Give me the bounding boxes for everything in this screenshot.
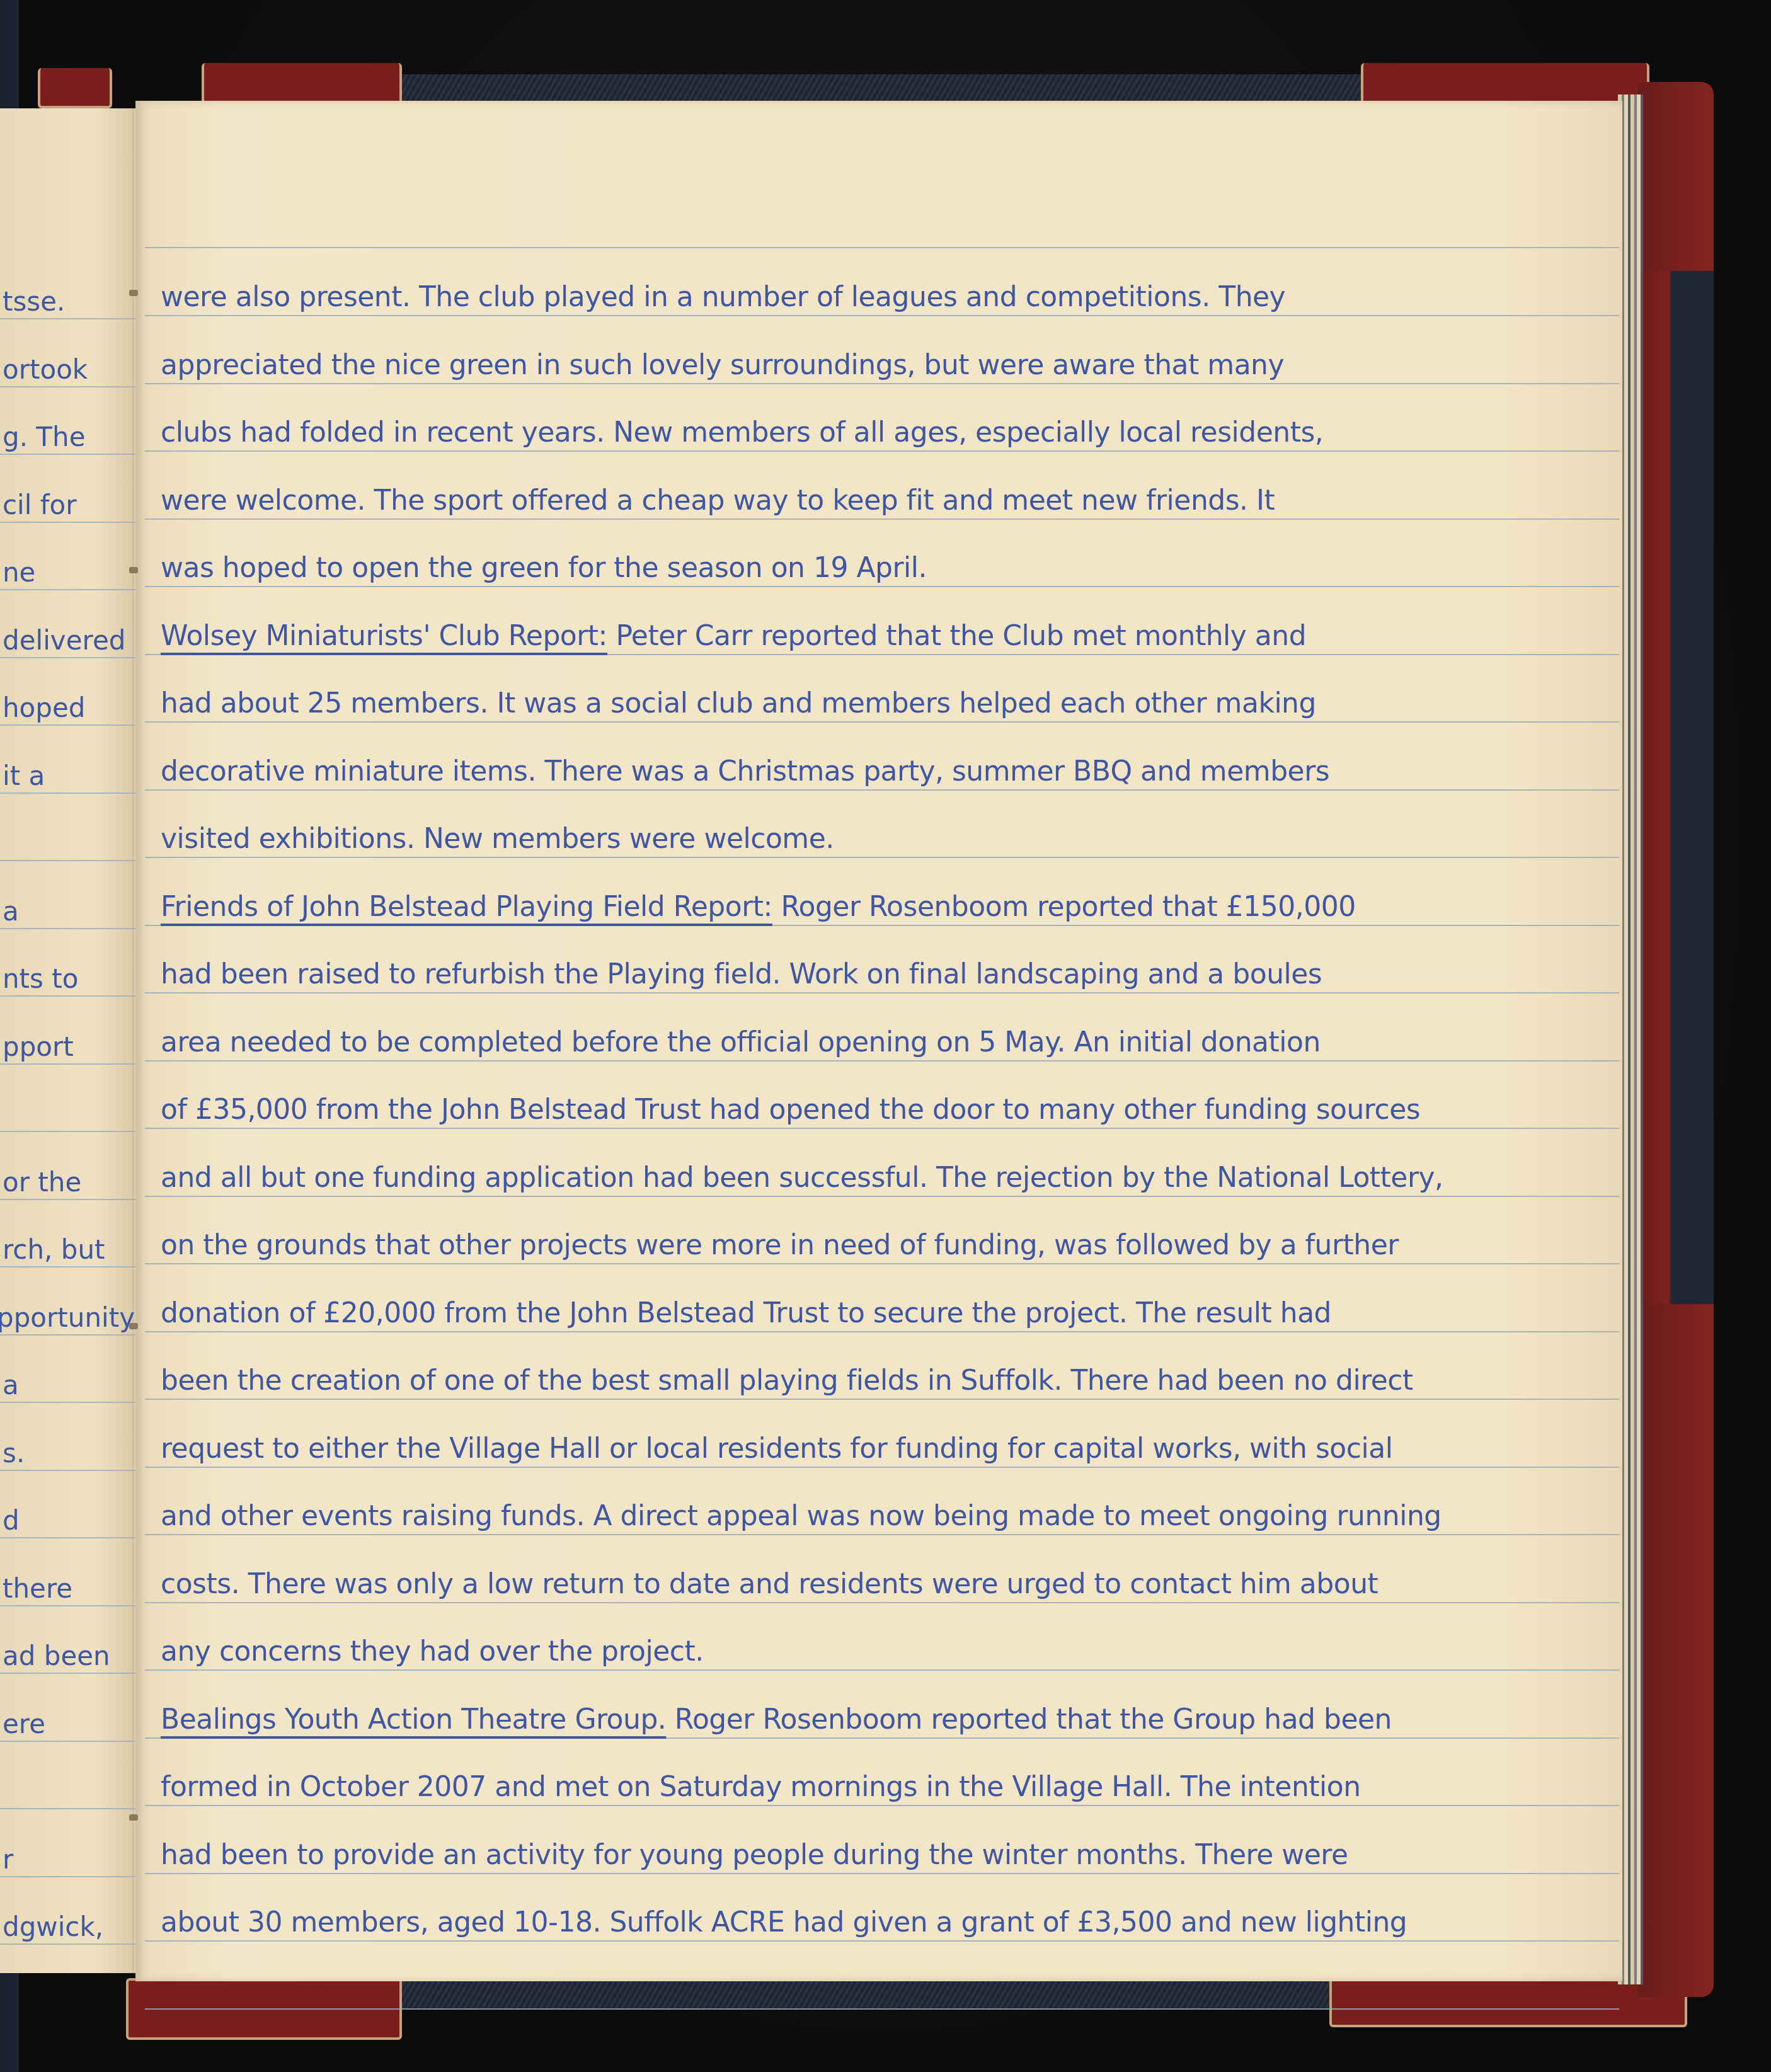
line-text: area needed to be completed before the o… (161, 1026, 1321, 1058)
fragment-text: ne (3, 557, 35, 588)
text-line: Friends of John Belstead Playing Field R… (161, 887, 1610, 927)
left-page-fragment: a (0, 893, 135, 930)
left-page-fragment: ortook (0, 351, 135, 389)
left-page-fragment: there (0, 1570, 135, 1608)
line-text: had about 25 members. It was a social cl… (161, 687, 1316, 719)
line-text: of £35,000 from the John Belstead Trust … (161, 1094, 1420, 1126)
fragment-text: r (3, 1844, 13, 1875)
section-heading: Bealings Youth Action Theatre Group. (161, 1703, 666, 1736)
left-page-fragment: delivered (0, 622, 135, 660)
fragment-text: tsse. (3, 286, 65, 317)
fragment-text: nts to (3, 963, 78, 994)
text-line: had been to provide an activity for youn… (161, 1835, 1610, 1875)
fragment-text: ortook (3, 354, 88, 385)
text-line: appreciated the nice green in such lovel… (161, 345, 1610, 386)
text-line: decorative miniature items. There was a … (161, 752, 1610, 792)
fragment-text: cil for (3, 489, 77, 520)
left-page-fragment: dgwick, (0, 1908, 135, 1946)
left-page-fragment (0, 1773, 135, 1811)
left-page-fragment: rch, but (0, 1231, 135, 1269)
fragment-text: ere (3, 1709, 45, 1739)
text-line: Bealings Youth Action Theatre Group. Rog… (161, 1700, 1610, 1740)
text-line: was hoped to open the green for the seas… (161, 548, 1610, 588)
left-page-fragment (0, 825, 135, 862)
line-text: formed in October 2007 and met on Saturd… (161, 1771, 1361, 1803)
spine-top (397, 74, 1361, 105)
line-text: had been raised to refurbish the Playing… (161, 958, 1322, 990)
text-line: had been raised to refurbish the Playing… (161, 954, 1610, 995)
line-text: request to either the Village Hall or lo… (161, 1433, 1392, 1465)
fragment-text: there (3, 1573, 72, 1604)
left-page-fragment: cil for (0, 486, 135, 524)
left-page-fragment: a (0, 1366, 135, 1404)
worn-corner-top-left (38, 68, 112, 108)
staple-icon (129, 290, 138, 296)
text-line: been the creation of one of the best sma… (161, 1361, 1610, 1401)
fragment-text: s. (3, 1438, 25, 1468)
line-text: about 30 members, aged 10-18. Suffolk AC… (161, 1906, 1407, 1938)
line-text: and all but one funding application had … (161, 1162, 1443, 1194)
section-heading: Friends of John Belstead Playing Field R… (161, 891, 772, 923)
left-page-fragment: ad been (0, 1637, 135, 1675)
line-text: been the creation of one of the best sma… (161, 1365, 1413, 1397)
fragment-text: d (3, 1505, 20, 1536)
text-line: were also present. The club played in a … (161, 277, 1610, 318)
line-text: were also present. The club played in a … (161, 281, 1285, 313)
text-line: visited exhibitions. New members were we… (161, 819, 1610, 859)
line-text: and other events raising funds. A direct… (161, 1500, 1441, 1532)
line-text: had been to provide an activity for youn… (161, 1839, 1348, 1871)
left-page-fragment: nts to (0, 960, 135, 998)
line-text: decorative miniature items. There was a … (161, 755, 1329, 787)
left-page-fragment: s. (0, 1434, 135, 1472)
fragment-text: pportunity (0, 1302, 135, 1333)
right-cover (1638, 82, 1714, 1997)
line-text: was hoped to open the green for the seas… (161, 552, 927, 584)
spine-bottom (397, 1977, 1361, 2008)
line-text: on the grounds that other projects were … (161, 1229, 1399, 1261)
line-text: donation of £20,000 from the John Belste… (161, 1297, 1331, 1329)
left-page-fragment: tsse. (0, 283, 135, 321)
left-page-fragment: ne (0, 554, 135, 592)
section-heading: Wolsey Miniaturists' Club Report: (161, 620, 607, 652)
fragment-text: g. The (3, 421, 85, 452)
text-line: had about 25 members. It was a social cl… (161, 684, 1610, 724)
line-text: costs. There was only a low return to da… (161, 1568, 1378, 1600)
text-line: about 30 members, aged 10-18. Suffolk AC… (161, 1903, 1610, 1943)
left-page-fragment: pportunity (0, 1299, 135, 1337)
fragment-text: or the (3, 1167, 81, 1198)
fragment-text: delivered (3, 625, 125, 656)
text-line: area needed to be completed before the o… (161, 1022, 1610, 1063)
left-page-fragment: pport (0, 1028, 135, 1066)
line-text: Peter Carr reported that the Club met mo… (607, 620, 1306, 652)
fragment-text: ad been (3, 1640, 110, 1671)
fragment-text: it a (3, 760, 45, 791)
line-text: Roger Rosenboom reported that £150,000 (772, 891, 1356, 923)
text-line: and all but one funding application had … (161, 1158, 1610, 1198)
fragment-text: hoped (3, 692, 85, 723)
staple-icon (129, 567, 138, 573)
text-line: Wolsey Miniaturists' Club Report: Peter … (161, 616, 1610, 656)
text-line: any concerns they had over the project. (161, 1632, 1610, 1672)
cover-red-lower (1638, 1304, 1714, 1997)
line-text: visited exhibitions. New members were we… (161, 823, 834, 855)
left-page-fragment: d (0, 1502, 135, 1540)
text-line: formed in October 2007 and met on Saturd… (161, 1767, 1610, 1807)
text-line: on the grounds that other projects were … (161, 1225, 1610, 1266)
line-text: appreciated the nice green in such lovel… (161, 349, 1284, 381)
cover-red-upper (1638, 82, 1714, 271)
fragment-text: a (3, 896, 19, 927)
ruled-line (145, 2008, 1619, 2010)
staple-icon (129, 1323, 138, 1329)
text-line: clubs had folded in recent years. New me… (161, 413, 1610, 453)
text-line: of £35,000 from the John Belstead Trust … (161, 1090, 1610, 1130)
line-text: any concerns they had over the project. (161, 1635, 704, 1668)
left-page-fragment: g. The (0, 418, 135, 456)
text-line: and other events raising funds. A direct… (161, 1496, 1610, 1537)
left-page-fragment (0, 1096, 135, 1133)
text-line: costs. There was only a low return to da… (161, 1564, 1610, 1605)
line-text: were welcome. The sport offered a cheap … (161, 484, 1275, 517)
text-line: donation of £20,000 from the John Belste… (161, 1293, 1610, 1334)
ruled-line (145, 247, 1619, 248)
fragment-text: pport (3, 1031, 74, 1062)
fragment-text: rch, but (3, 1234, 105, 1265)
left-page-fragment: r (0, 1841, 135, 1879)
line-text: Roger Rosenboom reported that the Group … (666, 1703, 1392, 1736)
left-page-fragment: it a (0, 757, 135, 795)
text-line: request to either the Village Hall or lo… (161, 1429, 1610, 1469)
left-page-fragment: or the (0, 1164, 135, 1201)
line-text: clubs had folded in recent years. New me… (161, 416, 1323, 449)
left-page-fragment: ere (0, 1705, 135, 1743)
left-page-fragment: hoped (0, 689, 135, 727)
fragment-text: dgwick, (3, 1911, 103, 1942)
text-line: were welcome. The sport offered a cheap … (161, 481, 1610, 521)
staple-icon (129, 1814, 138, 1821)
fragment-text: a (3, 1370, 19, 1400)
